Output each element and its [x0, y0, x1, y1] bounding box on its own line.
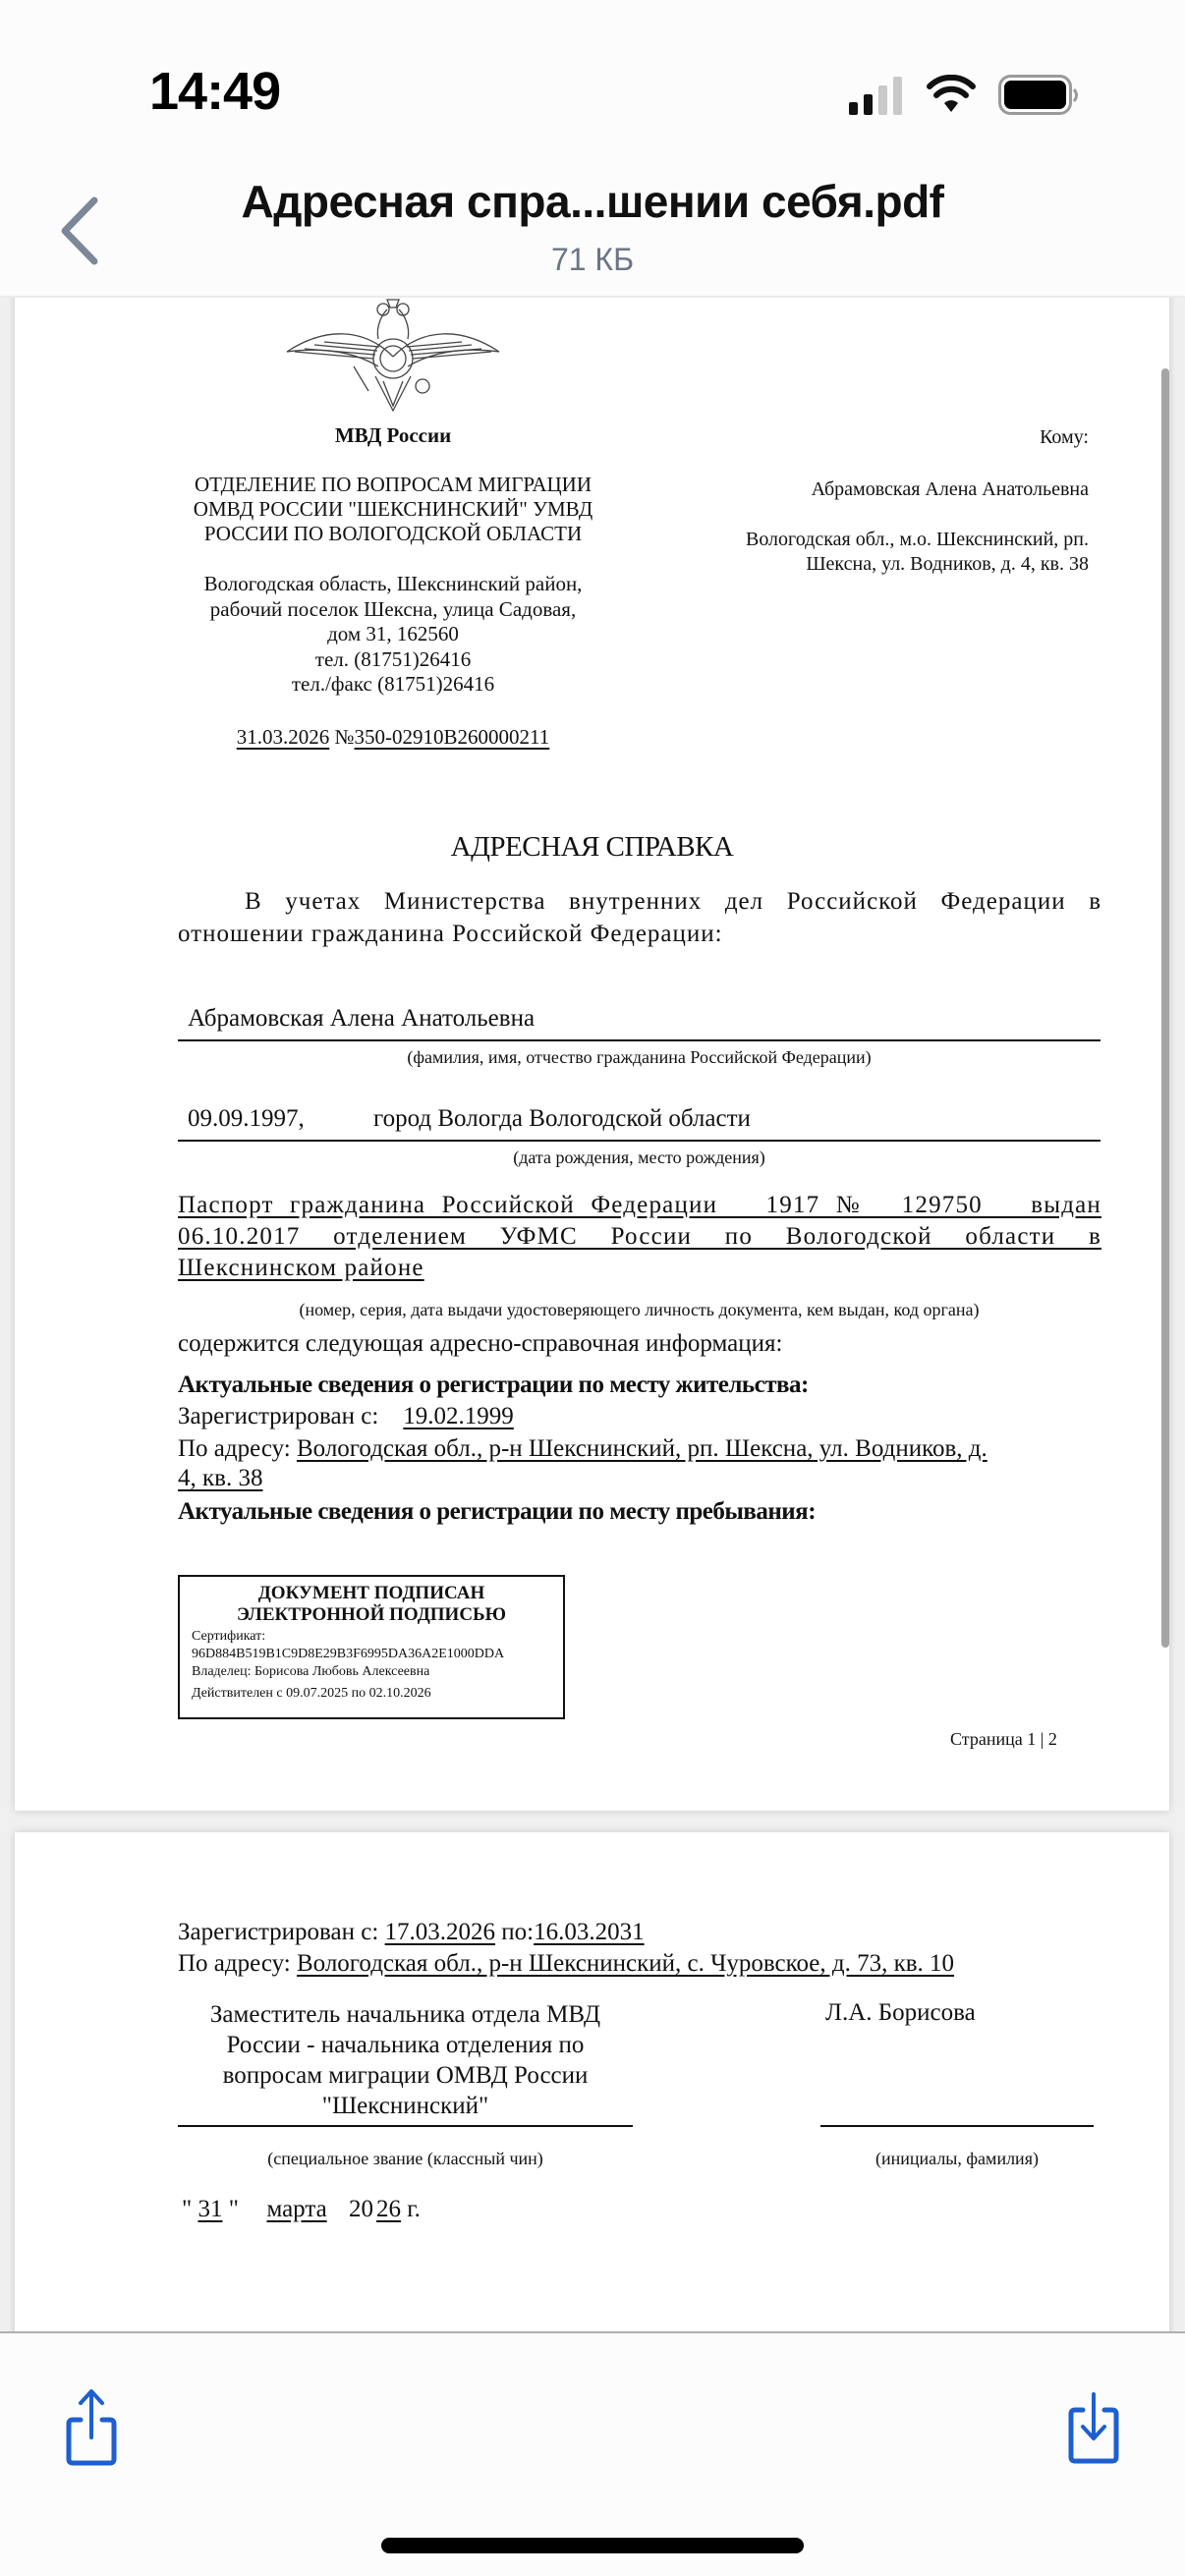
passport-line: Паспорт гражданина Российской Федерации …: [178, 1190, 1101, 1221]
status-time: 14:49: [149, 61, 280, 122]
official-title: Заместитель начальника отдела МВД России…: [178, 1999, 633, 2121]
battery-icon: [998, 75, 1081, 116]
cert-validity: Действителен с 09.07.2025 по 02.10.2026: [192, 1685, 563, 1703]
to-name: Абрамовская Алена Анатольевна: [644, 478, 1089, 501]
name-caption: (инициалы, фамилия): [820, 2149, 1094, 2169]
passport-info: Паспорт гражданина Российской Федерации …: [178, 1190, 1101, 1284]
org-address-line: тел./факс (81751)26416: [167, 672, 619, 698]
official-title-line: вопросам миграции ОМВД России: [178, 2060, 633, 2091]
stay-from-date: 17.03.2026: [385, 1919, 496, 1945]
date-suffix: г.: [407, 2196, 421, 2222]
contains-text: содержится следующая адресно-справочная …: [178, 1330, 782, 1358]
stamp-title: ЭЛЕКТРОННОЙ ПОДПИСЬЮ: [180, 1604, 563, 1626]
org-address: Вологодская область, Шекснинский район, …: [167, 572, 619, 698]
to-address: Вологодская обл., м.о. Шекснинский, рп. …: [604, 528, 1089, 577]
share-icon[interactable]: [57, 2388, 126, 2467]
pdf-viewer[interactable]: МВД России ОТДЕЛЕНИЕ ПО ВОПРОСАМ МИГРАЦИ…: [0, 298, 1185, 2332]
org-short: МВД России: [255, 423, 531, 448]
full-name-underline: [178, 1039, 1100, 1041]
intro-line: В учетах Министерства внутренних дел Рос…: [178, 885, 1101, 918]
org-line: ОМВД РОССИИ "ШЕКСНИНСКИЙ" УМВД: [167, 497, 619, 522]
file-size: 71 КБ: [147, 242, 1038, 278]
pdf-page-2: Зарегистрирован с: 17.03.2026 по:16.03.2…: [15, 1832, 1169, 2332]
signal-icon: [849, 77, 908, 116]
org-address-line: Вологодская область, Шекснинский район,: [167, 572, 619, 597]
intro-line: отношении гражданина Российской Федераци…: [178, 918, 1101, 950]
residence-registered: Зарегистрирован с: 19.02.1999: [178, 1403, 514, 1430]
org-address-line: тел. (81751)26416: [167, 647, 619, 673]
wifi-icon: [927, 75, 976, 114]
e-signature-stamp: ДОКУМЕНТ ПОДПИСАН ЭЛЕКТРОННОЙ ПОДПИСЬЮ С…: [178, 1575, 565, 1719]
birth-caption: (дата рождения, место рождения): [178, 1148, 1100, 1168]
home-indicator[interactable]: [381, 2538, 804, 2553]
birth-place: город Вологда Вологодской области: [373, 1105, 751, 1133]
cert-id: 96D884B519B1C9D8E29B3F6995DA36A2E1000DDA: [192, 1646, 563, 1663]
full-name-caption: (фамилия, имя, отчество гражданина Росси…: [178, 1047, 1100, 1068]
official-title-line: "Шекснинский": [178, 2091, 633, 2121]
vertical-scrollbar[interactable]: [1161, 368, 1169, 1648]
doc-number: 350-02910В260000211: [355, 725, 550, 749]
rank-underline: [178, 2125, 633, 2127]
residence-heading: Актуальные сведения о регистрации по мес…: [178, 1372, 809, 1399]
passport-caption: (номер, серия, дата выдачи удостоверяюще…: [178, 1300, 1100, 1320]
doc-reference: 31.03.2026 №350-02910В260000211: [167, 725, 619, 750]
address-label: По адресу:: [178, 1435, 291, 1462]
date-day: 31: [197, 2196, 222, 2222]
stay-to-date: 16.03.2031: [534, 1919, 645, 1945]
cert-label: Сертификат:: [192, 1628, 563, 1646]
stay-heading: Актуальные сведения о регистрации по мес…: [178, 1498, 816, 1526]
official-name: Л.А. Борисова: [825, 1999, 976, 2027]
doc-no-label: №: [334, 725, 354, 749]
pdf-page-1: МВД России ОТДЕЛЕНИЕ ПО ВОПРОСАМ МИГРАЦИ…: [15, 298, 1169, 1811]
birth-underline: [178, 1140, 1100, 1142]
birth-date: 09.09.1997,: [188, 1105, 305, 1133]
stay-address-label: По адресу:: [178, 1950, 291, 1977]
stamp-title: ДОКУМЕНТ ПОДПИСАН: [180, 1583, 563, 1604]
org-line: ОТДЕЛЕНИЕ ПО ВОПРОСАМ МИГРАЦИИ: [167, 473, 619, 497]
registered-label: Зарегистрирован с:: [178, 1403, 378, 1429]
name-underline: [820, 2125, 1094, 2127]
back-chevron-icon[interactable]: [55, 195, 106, 267]
doc-date: 31.03.2026: [237, 725, 330, 749]
file-title: Адресная спра...шении себя.pdf: [147, 175, 1038, 228]
registered-date: 19.02.1999: [403, 1403, 514, 1429]
intro-text: В учетах Министерства внутренних дел Рос…: [178, 885, 1101, 950]
passport-line: 06.10.2017 отделением УФМС России по Вол…: [178, 1221, 1101, 1253]
full-name: Абрамовская Алена Анатольевна: [188, 1005, 535, 1033]
org-line: РОССИИ ПО ВОЛОГОДСКОЙ ОБЛАСТИ: [167, 522, 619, 546]
page-number: Страница 1 | 2: [950, 1729, 1057, 1750]
cert-owner: Владелец: Борисова Любовь Алексеевна: [192, 1663, 563, 1681]
official-title-line: Заместитель начальника отдела МВД: [178, 1999, 633, 2030]
residence-address: По адресу: Вологодская обл., р-н Шекснин…: [178, 1434, 1116, 1493]
stay-address-value: Вологодская обл., р-н Шекснинский, с. Чу…: [297, 1950, 954, 1977]
rank-caption: (специальное звание (классный чин): [178, 2149, 633, 2169]
to-address-line: Шексна, ул. Водников, д. 4, кв. 38: [604, 552, 1089, 577]
stay-registered: Зарегистрирован с: 17.03.2026 по:16.03.2…: [178, 1919, 645, 1946]
to-address-line: Вологодская обл., м.о. Шекснинский, рп.: [604, 528, 1089, 552]
sign-date: " 31 " марта 2026 г.: [182, 2196, 421, 2223]
save-to-files-icon[interactable]: [1059, 2388, 1128, 2467]
date-year: 26: [373, 2196, 401, 2222]
org-address-line: рабочий поселок Шексна, улица Садовая,: [167, 597, 619, 623]
stay-registered-label: Зарегистрирован с:: [178, 1919, 378, 1945]
org-full: ОТДЕЛЕНИЕ ПО ВОПРОСАМ МИГРАЦИИ ОМВД РОСС…: [167, 473, 619, 546]
date-month: марта: [251, 2196, 342, 2222]
official-title-line: России - начальника отделения по: [178, 2030, 633, 2060]
address-value: Вологодская обл., р-н Шекснинский, рп. Ш…: [297, 1435, 987, 1462]
date-year-prefix: 20: [349, 2196, 373, 2222]
passport-line: Шекснинском районе: [178, 1253, 1101, 1284]
to-label: Кому:: [644, 426, 1089, 449]
address-value-cont: 4, кв. 38: [178, 1464, 1116, 1493]
org-address-line: дом 31, 162560: [167, 622, 619, 647]
mvd-emblem-icon: [285, 298, 501, 414]
doc-title: АДРЕСНАЯ СПРАВКА: [15, 831, 1169, 864]
stay-to-label: по:: [501, 1919, 534, 1945]
stay-address: По адресу: Вологодская обл., р-н Шекснин…: [178, 1950, 954, 1978]
